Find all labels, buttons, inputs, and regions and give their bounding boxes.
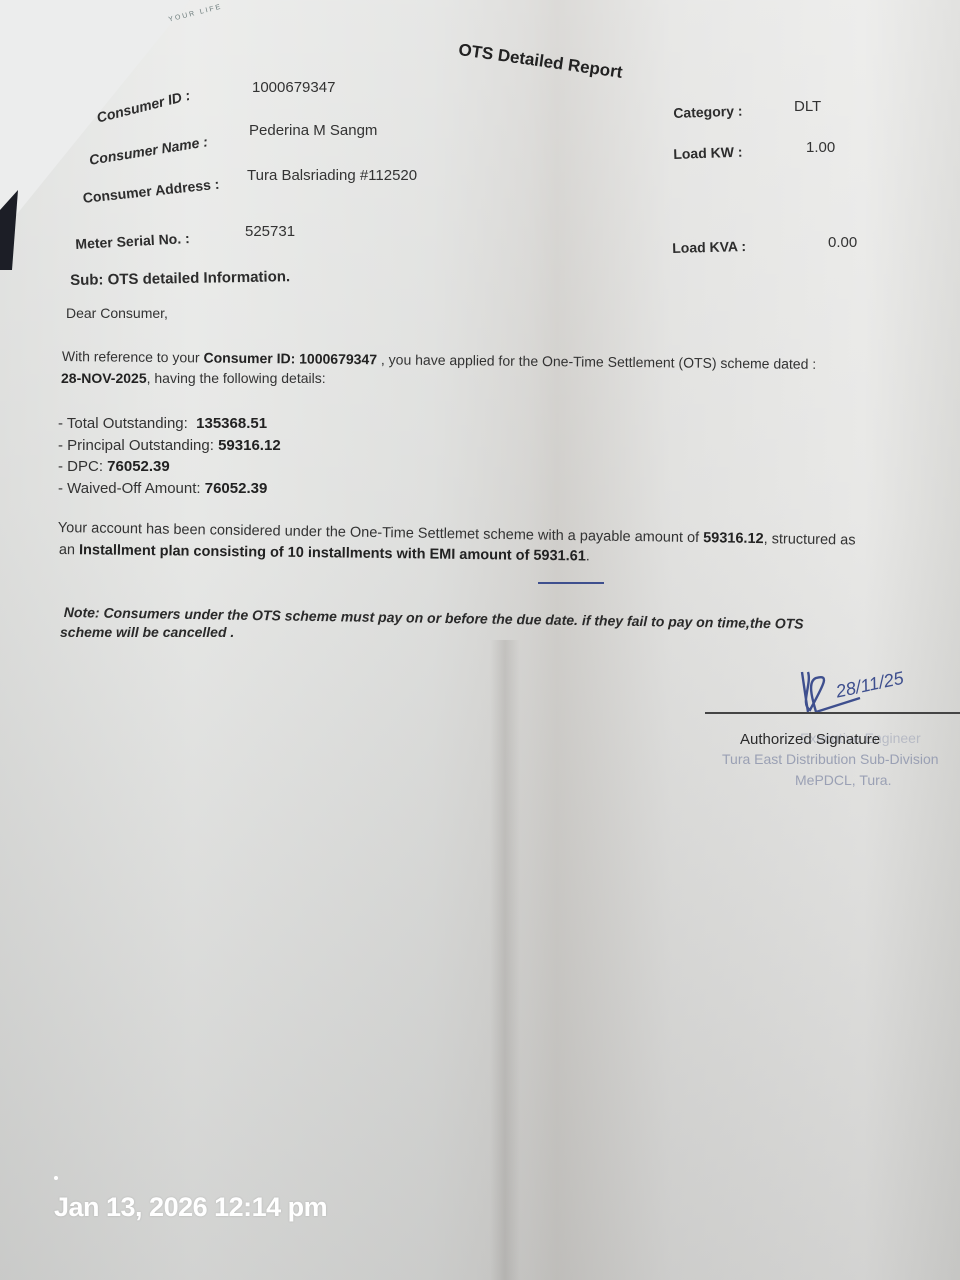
plan-line-2: an Installment plan consisting of 10 ins…: [59, 542, 590, 564]
signature-line: [705, 712, 960, 714]
load-kw-label: Load KW :: [673, 144, 743, 162]
consumer-name-value: Pederina M Sangm: [249, 122, 377, 139]
category-value: DLT: [794, 98, 821, 115]
meter-serial-value: 525731: [245, 223, 295, 240]
meter-serial-label: Meter Serial No. :: [75, 230, 190, 252]
stamp-company: MePDCL, Tura.: [795, 772, 891, 788]
letter-subject: Sub: OTS detailed Information.: [70, 268, 290, 289]
reference-consumer-id: Consumer ID: 1000679347: [203, 349, 377, 367]
salutation: Dear Consumer,: [66, 305, 168, 321]
detail-total-outstanding: - Total Outstanding: 135368.51: [58, 413, 281, 435]
category-label: Category :: [673, 103, 743, 121]
report-title: OTS Detailed Report: [457, 40, 623, 83]
consumer-id-value: 1000679347: [252, 79, 335, 96]
scheme-date: 28-NOV-2025: [61, 370, 147, 386]
timestamp-dot: [54, 1176, 58, 1180]
load-kva-label: Load KVA :: [672, 238, 746, 256]
authorized-signature-label: Authorized Signature: [740, 731, 880, 748]
reference-tail: , having the following details:: [147, 370, 326, 386]
detail-waived-off-amount: - Waived-Off Amount: 76052.39: [58, 478, 281, 500]
installment-plan: Installment plan consisting of 10 instal…: [79, 542, 586, 564]
outstanding-details-list: - Total Outstanding: 135368.51 - Princip…: [58, 413, 281, 499]
detail-principal-outstanding: - Principal Outstanding: 59316.12: [58, 435, 281, 457]
consumer-name-label: Consumer Name :: [88, 133, 209, 168]
paper-fold: [490, 640, 520, 1280]
pen-underline-mark: [538, 582, 604, 584]
photo-timestamp: Jan 13, 2026 12:14 pm: [54, 1192, 327, 1223]
consumer-address-label: Consumer Address :: [82, 176, 220, 206]
reference-line-2: 28-NOV-2025, having the following detail…: [61, 370, 326, 386]
consumer-address-value: Tura Balsriading #112520: [247, 167, 417, 184]
load-kva-value: 0.00: [828, 234, 857, 251]
load-kw-value: 1.00: [806, 139, 835, 156]
payable-amount: 59316.12: [703, 530, 764, 547]
reference-prefix: With reference to your: [62, 348, 204, 365]
detail-dpc: - DPC: 76052.39: [58, 456, 281, 478]
stamp-office: Tura East Distribution Sub-Division: [722, 751, 939, 767]
reference-line-1: With reference to your Consumer ID: 1000…: [62, 348, 816, 372]
note-line-2: scheme will be cancelled .: [60, 624, 234, 640]
reference-suffix: , you have applied for the One-Time Sett…: [377, 351, 816, 372]
